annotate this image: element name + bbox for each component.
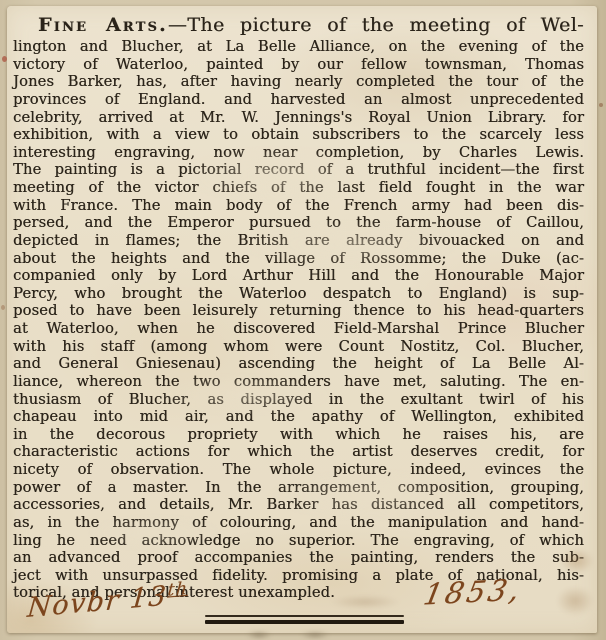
article-column: Fine Arts.—The picture of the meeting of… bbox=[13, 13, 584, 602]
paper-speck bbox=[1, 305, 5, 310]
article-line: accessories, and details, Mr. Barker has… bbox=[13, 496, 584, 514]
article-line: companied only by Lord Arthur Hill and t… bbox=[13, 267, 584, 285]
paper-speck bbox=[599, 103, 603, 107]
article-line: as, in the harmony of colouring, and the… bbox=[13, 514, 584, 532]
newspaper-clipping: Fine Arts.—The picture of the meeting of… bbox=[7, 6, 597, 633]
article-line: exhibition, with a view to obtain subscr… bbox=[13, 126, 584, 144]
article-line: persed, and the Emperor pursued to the f… bbox=[13, 214, 584, 232]
rule-thin-line bbox=[205, 615, 404, 617]
article-line: characteristic actions for which the art… bbox=[13, 443, 584, 461]
article-line: liance, whereon the two commanders have … bbox=[13, 373, 584, 391]
date-note-superscript: th bbox=[167, 579, 189, 601]
headline-rest: —The picture of the meeting of Wel- bbox=[168, 14, 584, 36]
article-line: at Waterloo, when he discovered Field-Ma… bbox=[13, 320, 584, 338]
rule-thick-line bbox=[205, 620, 404, 624]
article-line: power of a master. In the arrangement, c… bbox=[13, 479, 584, 497]
article-line: in the decorous propriety with which he … bbox=[13, 426, 584, 444]
headline-title: Fine Arts. bbox=[38, 14, 168, 36]
article-line: thusiasm of Blucher, as displayed in the… bbox=[13, 391, 584, 409]
article-headline: Fine Arts.—The picture of the meeting of… bbox=[13, 13, 584, 38]
article-line: Percy, who brought the Waterloo despatch… bbox=[13, 285, 584, 303]
article-line: posed to have been leisurely returning t… bbox=[13, 302, 584, 320]
double-rule bbox=[205, 615, 404, 624]
article-line: depicted in flames; the British are alre… bbox=[13, 232, 584, 250]
article-line: nicety of observation. The whole picture… bbox=[13, 461, 584, 479]
article-line: an advanced proof accompanies the painti… bbox=[13, 549, 584, 567]
article-line: and General Gniesenau) ascending the hei… bbox=[13, 355, 584, 373]
scanned-album-page: Fine Arts.—The picture of the meeting of… bbox=[0, 0, 606, 640]
article-line: meeting of the victor chiefs of the last… bbox=[13, 179, 584, 197]
article-line: provinces of England. and harvested an a… bbox=[13, 91, 584, 109]
article-line: Jones Barker, has, after having nearly c… bbox=[13, 73, 584, 91]
handwritten-year: 1853, bbox=[421, 572, 526, 612]
article-line: chapeau into mid air, and the apathy of … bbox=[13, 408, 584, 426]
article-line: ling he need acknowledge no superior. Th… bbox=[13, 532, 584, 550]
article-line: about the heights and the village of Ros… bbox=[13, 250, 584, 268]
article-line: with France. The main body of the French… bbox=[13, 197, 584, 215]
article-line: lington and Blucher, at La Belle Allianc… bbox=[13, 38, 584, 56]
article-line: victory of Waterloo, painted by our fell… bbox=[13, 56, 584, 74]
article-line: The painting is a pictorial record of a … bbox=[13, 161, 584, 179]
article-line: celebrity, arrived at Mr. W. Jennings's … bbox=[13, 109, 584, 127]
article-line: with his staff (among whom were Count No… bbox=[13, 338, 584, 356]
article-line: interesting engraving, now near completi… bbox=[13, 144, 584, 162]
